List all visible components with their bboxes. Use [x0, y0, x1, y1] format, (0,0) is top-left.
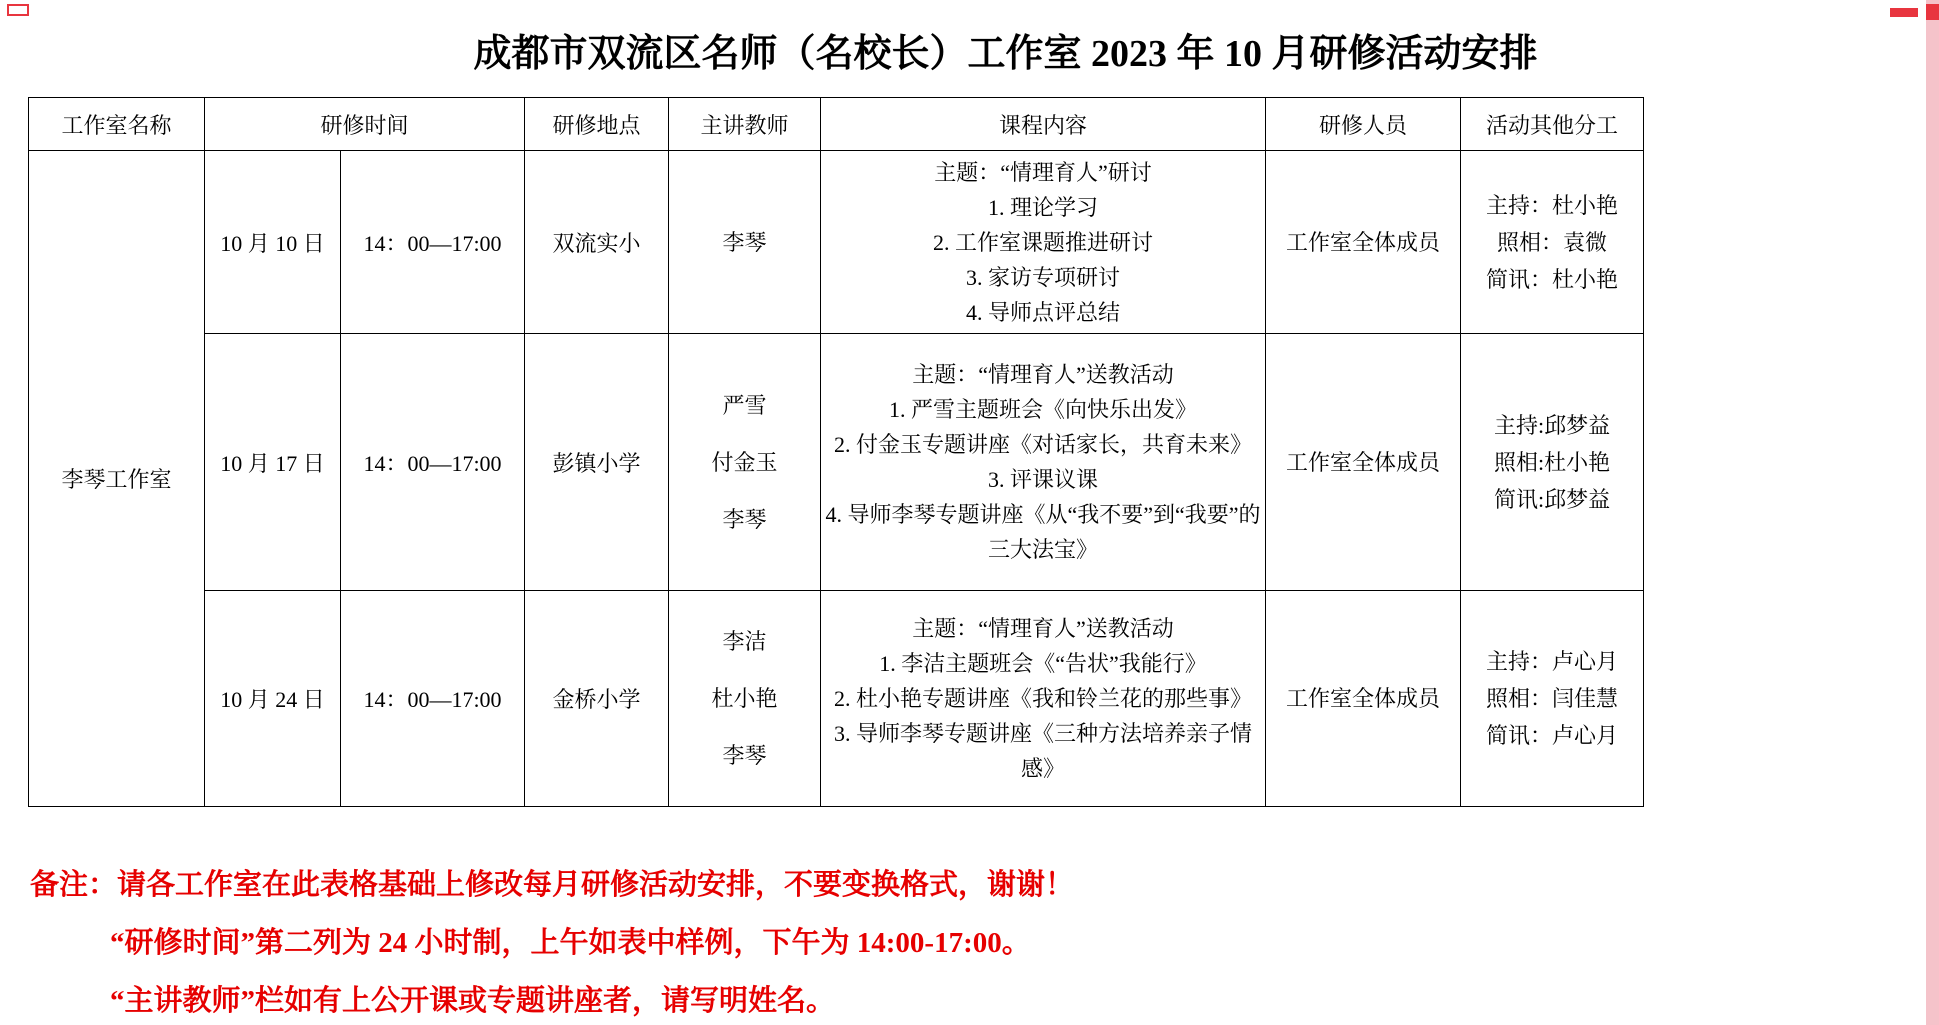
teachers-cell: 严雪 付金玉 李琴: [669, 334, 821, 591]
participants-cell: 工作室全体成员: [1266, 591, 1461, 807]
teachers-cell: 李琴: [669, 151, 821, 334]
revision-mark-dash: [1890, 8, 1918, 17]
workshop-name-cell: 李琴工作室: [29, 151, 205, 807]
assignments-cell: 主持:邱梦益 照相:杜小艳 简讯:邱梦益: [1461, 334, 1644, 591]
time-cell: 14：00—17:00: [341, 334, 525, 591]
schedule-table: 工作室名称 研修时间 研修地点 主讲教师 课程内容 研修人员 活动其他分工 李琴…: [28, 97, 1644, 807]
table-row: 10 月 24 日 14：00—17:00 金桥小学 李洁 杜小艳 李琴 主题：…: [29, 591, 1644, 807]
course-content-cell: 主题：“情理育人”研讨 1. 理论学习 2. 工作室课题推进研讨 3. 家访专项…: [821, 151, 1266, 334]
remark-line-2: “研修时间”第二列为 24 小时制，上午如表中样例，下午为 14:00-17:0…: [30, 914, 1074, 972]
time-cell: 14：00—17:00: [341, 591, 525, 807]
col-header-location: 研修地点: [525, 98, 669, 151]
col-header-participants: 研修人员: [1266, 98, 1461, 151]
course-content-cell: 主题：“情理育人”送教活动 1. 李洁主题班会《“告状”我能行》 2. 杜小艳专…: [821, 591, 1266, 807]
assignments-cell: 主持：卢心月 照相：闫佳慧 简讯：卢心月: [1461, 591, 1644, 807]
table-header-row: 工作室名称 研修时间 研修地点 主讲教师 课程内容 研修人员 活动其他分工: [29, 98, 1644, 151]
remarks-block: 备注：请各工作室在此表格基础上修改每月研修活动安排，不要变换格式，谢谢！ “研修…: [30, 856, 1074, 1025]
col-header-assignments: 活动其他分工: [1461, 98, 1644, 151]
col-header-teacher: 主讲教师: [669, 98, 821, 151]
location-cell: 双流实小: [525, 151, 669, 334]
participants-cell: 工作室全体成员: [1266, 151, 1461, 334]
col-header-time: 研修时间: [205, 98, 525, 151]
right-edge-strip-cap: [1926, 4, 1939, 20]
remark-line-1: 备注：请各工作室在此表格基础上修改每月研修活动安排，不要变换格式，谢谢！: [30, 856, 1074, 914]
table-row: 10 月 17 日 14：00—17:00 彭镇小学 严雪 付金玉 李琴 主题：…: [29, 334, 1644, 591]
course-content-cell: 主题：“情理育人”送教活动 1. 严雪主题班会《向快乐出发》 2. 付金玉专题讲…: [821, 334, 1266, 591]
remark-line-3: “主讲教师”栏如有上公开课或专题讲座者，请写明姓名。: [30, 972, 1074, 1025]
col-header-content: 课程内容: [821, 98, 1266, 151]
date-cell: 10 月 24 日: [205, 591, 341, 807]
participants-cell: 工作室全体成员: [1266, 334, 1461, 591]
right-edge-strip: [1926, 0, 1939, 1025]
date-cell: 10 月 10 日: [205, 151, 341, 334]
revision-mark-box: [7, 4, 29, 16]
time-cell: 14：00—17:00: [341, 151, 525, 334]
col-header-workshop: 工作室名称: [29, 98, 205, 151]
teachers-cell: 李洁 杜小艳 李琴: [669, 591, 821, 807]
location-cell: 金桥小学: [525, 591, 669, 807]
date-cell: 10 月 17 日: [205, 334, 341, 591]
table-row: 李琴工作室 10 月 10 日 14：00—17:00 双流实小 李琴 主题：“…: [29, 151, 1644, 334]
document-page: 成都市双流区名师（名校长）工作室 2023 年 10 月研修活动安排 工作室名称…: [0, 0, 1939, 1025]
assignments-cell: 主持：杜小艳 照相：袁微 简讯：杜小艳: [1461, 151, 1644, 334]
page-title: 成都市双流区名师（名校长）工作室 2023 年 10 月研修活动安排: [0, 22, 1939, 77]
location-cell: 彭镇小学: [525, 334, 669, 591]
